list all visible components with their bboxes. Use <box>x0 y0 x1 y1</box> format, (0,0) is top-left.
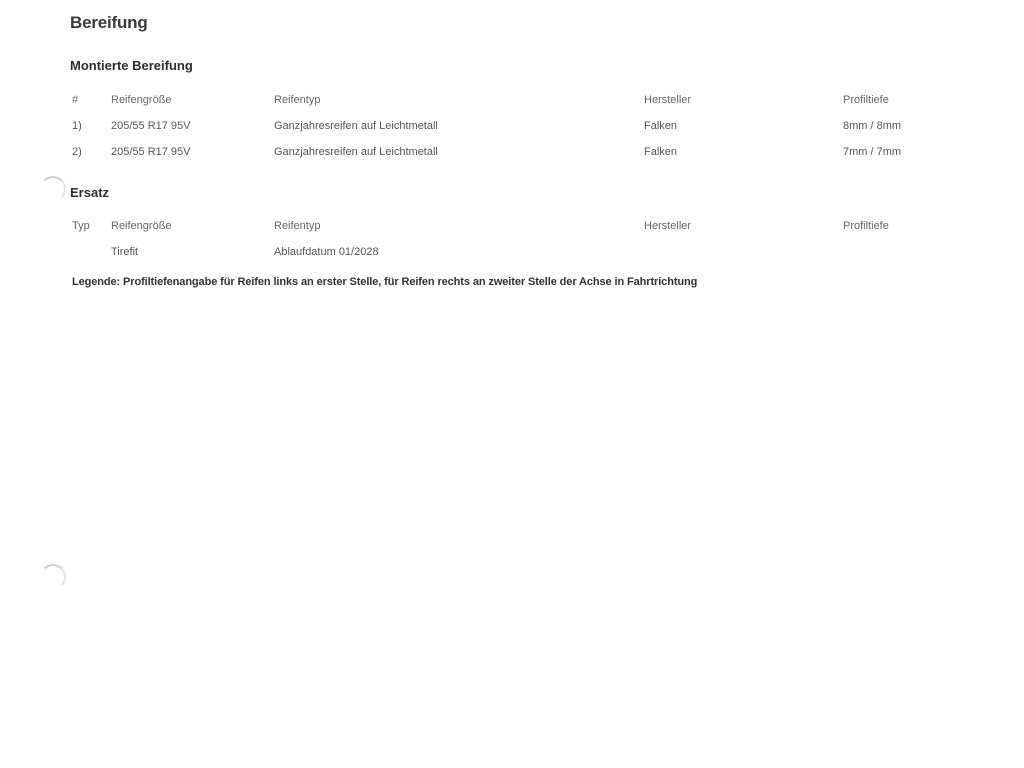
column-header: Reifengröße <box>111 220 172 232</box>
tire-size: Tirefit <box>111 246 138 258</box>
column-header: Reifentyp <box>274 220 320 232</box>
column-header: Reifengröße <box>111 94 172 106</box>
table-row: Tirefit Ablaufdatum 01/2028 <box>0 246 1024 262</box>
column-header: Reifentyp <box>274 94 320 106</box>
legend-note: Legende: Profiltiefenangabe für Reifen l… <box>72 276 697 288</box>
tire-size: 205/55 R17 95V <box>111 146 191 158</box>
manufacturer: Falken <box>644 146 677 158</box>
loading-spinner-icon <box>40 564 66 590</box>
table-header: # Reifengröße Reifentyp Hersteller Profi… <box>0 94 1024 110</box>
loading-spinner-icon <box>40 176 66 202</box>
section-title: Bereifung <box>70 13 148 33</box>
mounted-tires-title: Montierte Bereifung <box>70 58 193 73</box>
tire-type: Ganzjahresreifen auf Leichtmetall <box>274 146 438 158</box>
tread-depth: 8mm / 8mm <box>843 120 901 132</box>
tire-size: 205/55 R17 95V <box>111 120 191 132</box>
column-header: Profiltiefe <box>843 94 889 106</box>
column-header: Profiltiefe <box>843 220 889 232</box>
row-number: 2) <box>72 146 82 158</box>
tire-type: Ablaufdatum 01/2028 <box>274 246 379 258</box>
column-header: # <box>72 94 78 106</box>
table-row: 1) 205/55 R17 95V Ganzjahresreifen auf L… <box>0 120 1024 136</box>
row-number: 1) <box>72 120 82 132</box>
tread-depth: 7mm / 7mm <box>843 146 901 158</box>
column-header: Hersteller <box>644 94 691 106</box>
column-header: Hersteller <box>644 220 691 232</box>
tire-report-page: Bereifung Montierte Bereifung # Reifengr… <box>0 0 1024 768</box>
spare-tire-title: Ersatz <box>70 185 109 200</box>
column-header: Typ <box>72 220 90 232</box>
table-row: 2) 205/55 R17 95V Ganzjahresreifen auf L… <box>0 146 1024 162</box>
tire-type: Ganzjahresreifen auf Leichtmetall <box>274 120 438 132</box>
manufacturer: Falken <box>644 120 677 132</box>
table-header: Typ Reifengröße Reifentyp Hersteller Pro… <box>0 220 1024 236</box>
